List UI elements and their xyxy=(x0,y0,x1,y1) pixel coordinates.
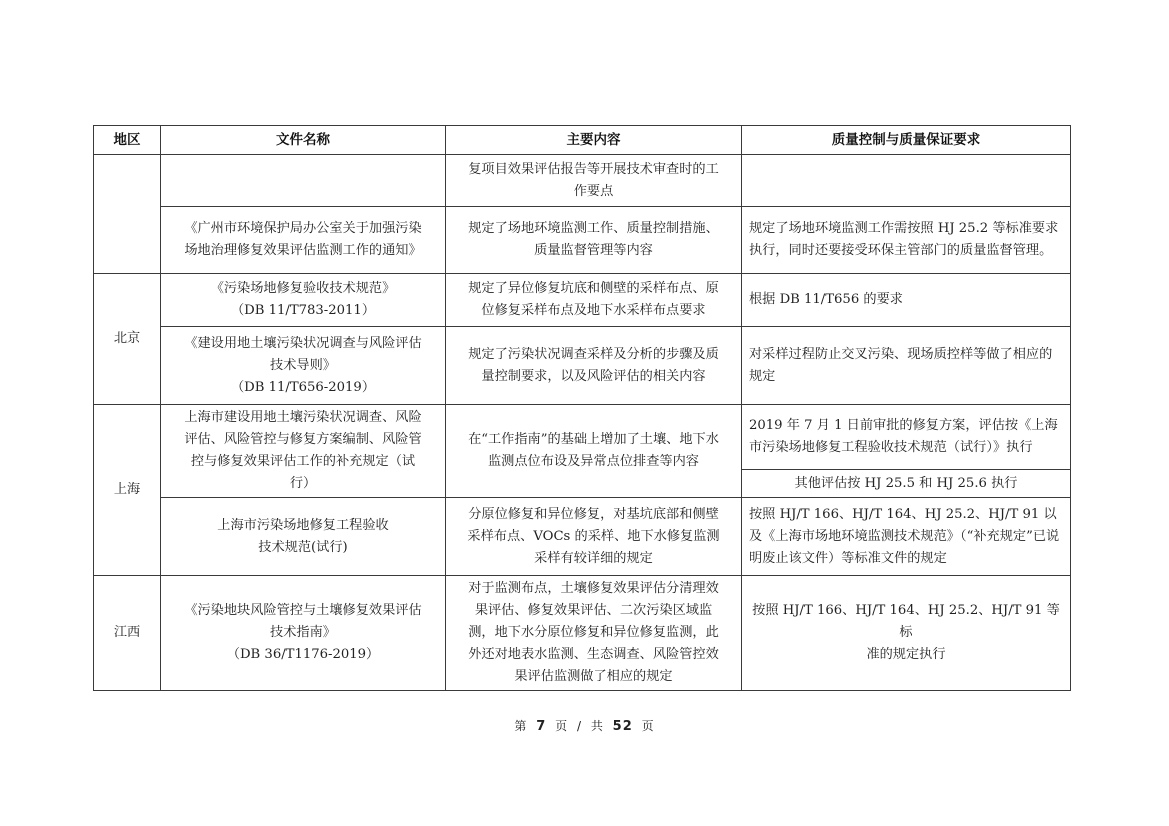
table-row: 上海市污染场地修复工程验收 技术规范(试行) 分原位修复和异位修复，对基坑底部和… xyxy=(94,498,1071,576)
document-name-cell: 《广州市环境保护局办公室关于加强污染 场地治理修复效果评估监测工作的通知》 xyxy=(161,207,446,274)
document-page: 地区 文件名称 主要内容 质量控制与质量保证要求 复项目效果评估报告等开展技术审… xyxy=(0,0,1169,826)
document-name-cell: 上海市污染场地修复工程验收 技术规范(试行) xyxy=(161,498,446,576)
main-content-cell: 规定了异位修复坑底和侧壁的采样布点、原 位修复采样布点及地下水采样布点要求 xyxy=(446,274,742,327)
footer-page-label: 页 xyxy=(555,719,568,733)
table-row: 《建设用地土壤污染状况调查与风险评估 技术导则》 （DB 11/T656-201… xyxy=(94,327,1071,405)
header-main-content: 主要内容 xyxy=(446,126,742,155)
region-cell-shanghai: 上海 xyxy=(94,405,161,576)
document-name-cell xyxy=(161,155,446,207)
qa-qc-cell: 按照 HJ/T 166、HJ/T 164、HJ 25.2、HJ/T 91 以及《… xyxy=(742,498,1071,576)
qa-qc-cell: 对采样过程防止交叉污染、现场质控样等做了相应的规定 xyxy=(742,327,1071,405)
main-content-cell: 规定了污染状况调查采样及分析的步骤及质 量控制要求，以及风险评估的相关内容 xyxy=(446,327,742,405)
qa-qc-cell: 规定了场地环境监测工作需按照 HJ 25.2 等标准要求执行，同时还要接受环保主… xyxy=(742,207,1071,274)
footer-prefix: 第 xyxy=(514,719,527,733)
footer-total-label: 共 xyxy=(591,719,604,733)
document-name-cell: 《污染场地修复验收技术规范》 （DB 11/T783-2011） xyxy=(161,274,446,327)
qa-qc-cell: 按照 HJ/T 166、HJ/T 164、HJ 25.2、HJ/T 91 等标 … xyxy=(742,576,1071,691)
document-name-cell: 上海市建设用地土壤污染状况调查、风险 评估、风险管控与修复方案编制、风险管 控与… xyxy=(161,405,446,498)
qa-qc-cell xyxy=(742,155,1071,207)
main-content-cell: 复项目效果评估报告等开展技术审查时的工 作要点 xyxy=(446,155,742,207)
standards-table: 地区 文件名称 主要内容 质量控制与质量保证要求 复项目效果评估报告等开展技术审… xyxy=(93,125,1071,691)
table-row: 北京 《污染场地修复验收技术规范》 （DB 11/T783-2011） 规定了异… xyxy=(94,274,1071,327)
header-region: 地区 xyxy=(94,126,161,155)
table-header-row: 地区 文件名称 主要内容 质量控制与质量保证要求 xyxy=(94,126,1071,155)
region-cell-beijing: 北京 xyxy=(94,274,161,405)
main-content-cell: 对于监测布点，土壤修复效果评估分清理效 果评估、修复效果评估、二次污染区域监 测… xyxy=(446,576,742,691)
region-cell-jiangxi: 江西 xyxy=(94,576,161,691)
qa-qc-cell: 2019 年 7 月 1 日前审批的修复方案，评估按《上海市污染场地修复工程验收… xyxy=(742,405,1071,470)
footer-separator: / xyxy=(577,719,582,733)
table-row: 上海 上海市建设用地土壤污染状况调查、风险 评估、风险管控与修复方案编制、风险管… xyxy=(94,405,1071,470)
table-row: 江西 《污染地块风险管控与土壤修复效果评估 技术指南》 （DB 36/T1176… xyxy=(94,576,1071,691)
header-qa-qc: 质量控制与质量保证要求 xyxy=(742,126,1071,155)
document-name-cell: 《污染地块风险管控与土壤修复效果评估 技术指南》 （DB 36/T1176-20… xyxy=(161,576,446,691)
qa-qc-cell-extra: 其他评估按 HJ 25.5 和 HJ 25.6 执行 xyxy=(742,470,1071,498)
table-row: 《广州市环境保护局办公室关于加强污染 场地治理修复效果评估监测工作的通知》 规定… xyxy=(94,207,1071,274)
main-content-cell: 分原位修复和异位修复，对基坑底部和侧壁 采样布点、VOCs 的采样、地下水修复监… xyxy=(446,498,742,576)
page-number-footer: 第 7 页 / 共 52 页 xyxy=(0,717,1169,734)
main-content-cell: 规定了场地环境监测工作、质量控制措施、 质量监督管理等内容 xyxy=(446,207,742,274)
footer-suffix: 页 xyxy=(642,719,655,733)
header-document-name: 文件名称 xyxy=(161,126,446,155)
main-content-cell: 在“工作指南”的基础上增加了土壤、地下水 监测点位布设及异常点位排查等内容 xyxy=(446,405,742,498)
current-page-number: 7 xyxy=(536,719,546,734)
region-cell xyxy=(94,155,161,274)
qa-qc-cell: 根据 DB 11/T656 的要求 xyxy=(742,274,1071,327)
total-page-count: 52 xyxy=(613,719,633,734)
document-name-cell: 《建设用地土壤污染状况调查与风险评估 技术导则》 （DB 11/T656-201… xyxy=(161,327,446,405)
table-row: 复项目效果评估报告等开展技术审查时的工 作要点 xyxy=(94,155,1071,207)
